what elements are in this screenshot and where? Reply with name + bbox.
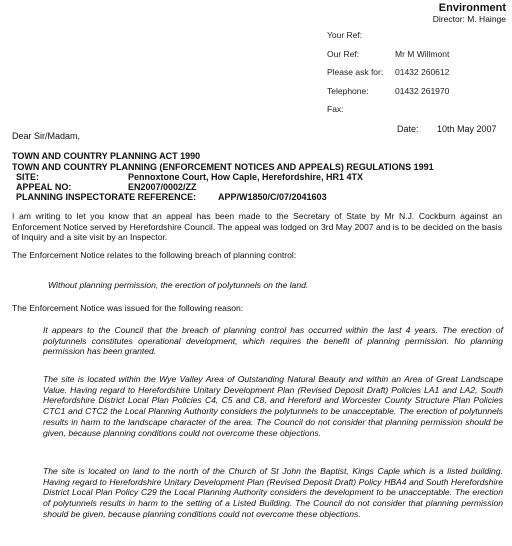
- your-ref-label: Your Ref:: [327, 30, 362, 40]
- appeal-no-label: APPEAL NO:: [16, 182, 71, 192]
- telephone-value: 01432 261970: [395, 86, 449, 96]
- breach-intro: The Enforcement Notice relates to the fo…: [12, 250, 502, 261]
- breach-text: Without planning permission, the erectio…: [48, 280, 508, 291]
- inspectorate-ref-value: APP/W1850/C/07/2041603: [218, 192, 327, 202]
- ask-for-value: 01432 260612: [395, 67, 449, 77]
- salutation: Dear Sir/Madam,: [12, 131, 80, 141]
- act-heading-1: TOWN AND COUNTRY PLANNING ACT 1990: [12, 151, 200, 161]
- appeal-no-value: EN2007/0002/ZZ: [128, 182, 197, 192]
- inspectorate-ref-label: PLANNING INSPECTORATE REFERENCE:: [16, 192, 196, 202]
- date-label: Date:: [397, 124, 419, 134]
- site-label: SITE:: [16, 172, 39, 182]
- fax-label: Fax:: [327, 104, 344, 114]
- intro-paragraph: I am writing to let you know that an app…: [12, 211, 502, 243]
- site-value: Pennoxtone Court, How Caple, Herefordshi…: [128, 172, 363, 182]
- director-name: Director: M. Hainge: [433, 14, 506, 24]
- date-value: 10th May 2007: [437, 124, 497, 134]
- act-heading-2: TOWN AND COUNTRY PLANNING (ENFORCEMENT N…: [12, 162, 434, 172]
- reason-paragraph-1: It appears to the Council that the breac…: [43, 325, 503, 357]
- reason-paragraph-3: The site is located on land to the north…: [43, 466, 503, 520]
- our-ref-value: Mr M Willmont: [395, 49, 449, 59]
- reason-intro: The Enforcement Notice was issued for th…: [12, 303, 502, 314]
- our-ref-label: Our Ref:: [327, 49, 359, 59]
- telephone-label: Telephone:: [327, 86, 369, 96]
- ask-for-label: Please ask for:: [327, 67, 383, 77]
- reason-paragraph-2: The site is located within the Wye Valle…: [43, 374, 503, 438]
- department-name: Environment: [439, 2, 506, 14]
